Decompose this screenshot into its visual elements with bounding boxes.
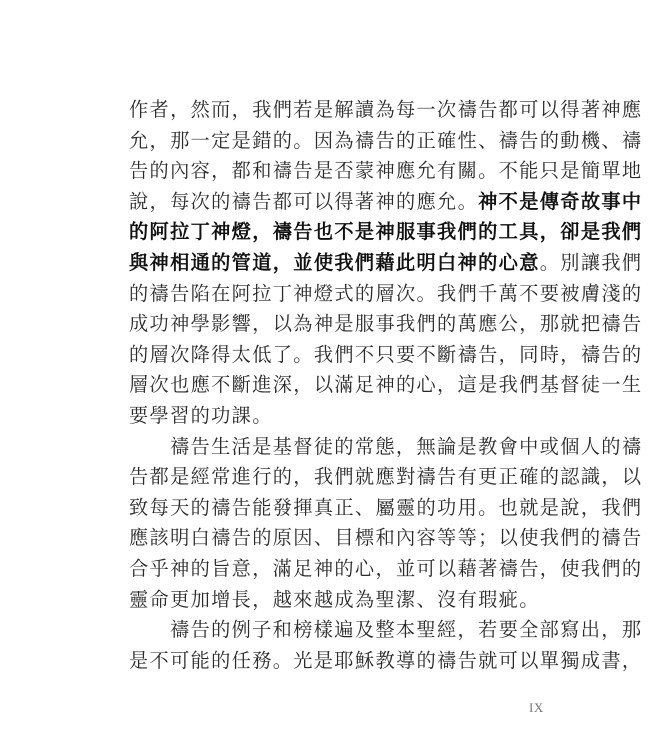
text-segment: 說，每次的禱告都可以得著神的應允。 — [129, 190, 478, 213]
body-text: 作者，然而，我們若是解讀為每一次禱告都可以得著神應 允，那一定是錯的。因為禱告的… — [129, 95, 525, 676]
text-line-10: 層次也應不斷進深，以滿足神的心，這是我們基督徒一生 — [129, 370, 525, 401]
text-line-11: 要學習的功課。 — [129, 401, 525, 432]
text-segment: 告的內容，都和禱告是否蒙神應允有關。不能只是簡單地 — [129, 159, 642, 182]
text-segment: 要學習的功課。 — [129, 404, 273, 427]
text-line-14: 致每天的禱告能發揮真正、屬靈的功用。也就是說，我們 — [129, 493, 525, 524]
text-line-1: 作者，然而，我們若是解讀為每一次禱告都可以得著神應 — [129, 95, 525, 126]
text-segment: 致每天的禱告能發揮真正、屬靈的功用。也就是說，我們 — [129, 496, 642, 519]
text-line-19: 是不可能的任務。光是耶穌教導的禱告就可以單獨成書， — [129, 646, 525, 677]
text-line-2: 允，那一定是錯的。因為禱告的正確性、禱告的動機、禱 — [129, 126, 525, 157]
text-line-6: 與神相通的管道，並使我們藉此明白神的心意。別讓我們 — [129, 248, 525, 279]
text-line-13: 告都是經常進行的，我們就應對禱告有更正確的認識，以 — [129, 462, 525, 493]
text-segment: 靈命更加增長，越來越成為聖潔、沒有瑕疵。 — [129, 588, 540, 611]
text-segment: 成功神學影響，以為神是服事我們的萬應公，那就把禱告 — [129, 312, 642, 335]
text-segment: 允，那一定是錯的。因為禱告的正確性、禱告的動機、禱 — [129, 129, 642, 152]
text-segment: 禱告生活是基督徒的常態，無論是教會中或個人的禱 — [170, 435, 642, 458]
text-segment: 層次也應不斷進深，以滿足神的心，這是我們基督徒一生 — [129, 373, 642, 396]
text-segment: 的禱告陷在阿拉丁神燈式的層次。我們千萬不要被膚淺的 — [129, 282, 642, 305]
text-line-17: 靈命更加增長，越來越成為聖潔、沒有瑕疵。 — [129, 585, 525, 616]
emphasis-text: 與神相通的管道，並使我們藉此明白神的心意 — [129, 251, 540, 274]
text-segment: 的層次降得太低了。我們不只要不斷禱告，同時，禱告的 — [129, 343, 642, 366]
text-line-9: 的層次降得太低了。我們不只要不斷禱告，同時，禱告的 — [129, 340, 525, 371]
text-segment: 合乎神的旨意，滿足神的心，並可以藉著禱告，使我們的 — [129, 557, 642, 580]
text-segment: 禱告的例子和榜樣遍及整本聖經，若要全部寫出，那 — [170, 618, 642, 641]
text-line-3: 告的內容，都和禱告是否蒙神應允有關。不能只是簡單地 — [129, 156, 525, 187]
text-segment: 應該明白禱告的原因、目標和內容等等；以使我們的禱告 — [129, 526, 642, 549]
text-line-16: 合乎神的旨意，滿足神的心，並可以藉著禱告，使我們的 — [129, 554, 525, 585]
text-segment: 。別讓我們 — [540, 251, 643, 274]
text-segment: 是不可能的任務。光是耶穌教導的禱告就可以單獨成書， — [129, 649, 642, 672]
text-segment: 作者，然而，我們若是解讀為每一次禱告都可以得著神應 — [129, 98, 642, 121]
book-page: 作者，然而，我們若是解讀為每一次禱告都可以得著神應 允，那一定是錯的。因為禱告的… — [0, 0, 650, 750]
text-line-7: 的禱告陷在阿拉丁神燈式的層次。我們千萬不要被膚淺的 — [129, 279, 525, 310]
text-line-8: 成功神學影響，以為神是服事我們的萬應公，那就把禱告 — [129, 309, 525, 340]
text-line-18: 禱告的例子和榜樣遍及整本聖經，若要全部寫出，那 — [129, 615, 525, 646]
page-number: IX — [529, 700, 544, 716]
text-line-4: 說，每次的禱告都可以得著神的應允。神不是傳奇故事中 — [129, 187, 525, 218]
text-line-12: 禱告生活是基督徒的常態，無論是教會中或個人的禱 — [129, 432, 525, 463]
text-segment: 告都是經常進行的，我們就應對禱告有更正確的認識，以 — [129, 465, 642, 488]
text-line-5: 的阿拉丁神燈，禱告也不是神服事我們的工具，卻是我們 — [129, 217, 525, 248]
emphasis-text: 神不是傳奇故事中 — [478, 190, 642, 213]
emphasis-text: 的阿拉丁神燈，禱告也不是神服事我們的工具，卻是我們 — [129, 220, 642, 243]
text-line-15: 應該明白禱告的原因、目標和內容等等；以使我們的禱告 — [129, 523, 525, 554]
